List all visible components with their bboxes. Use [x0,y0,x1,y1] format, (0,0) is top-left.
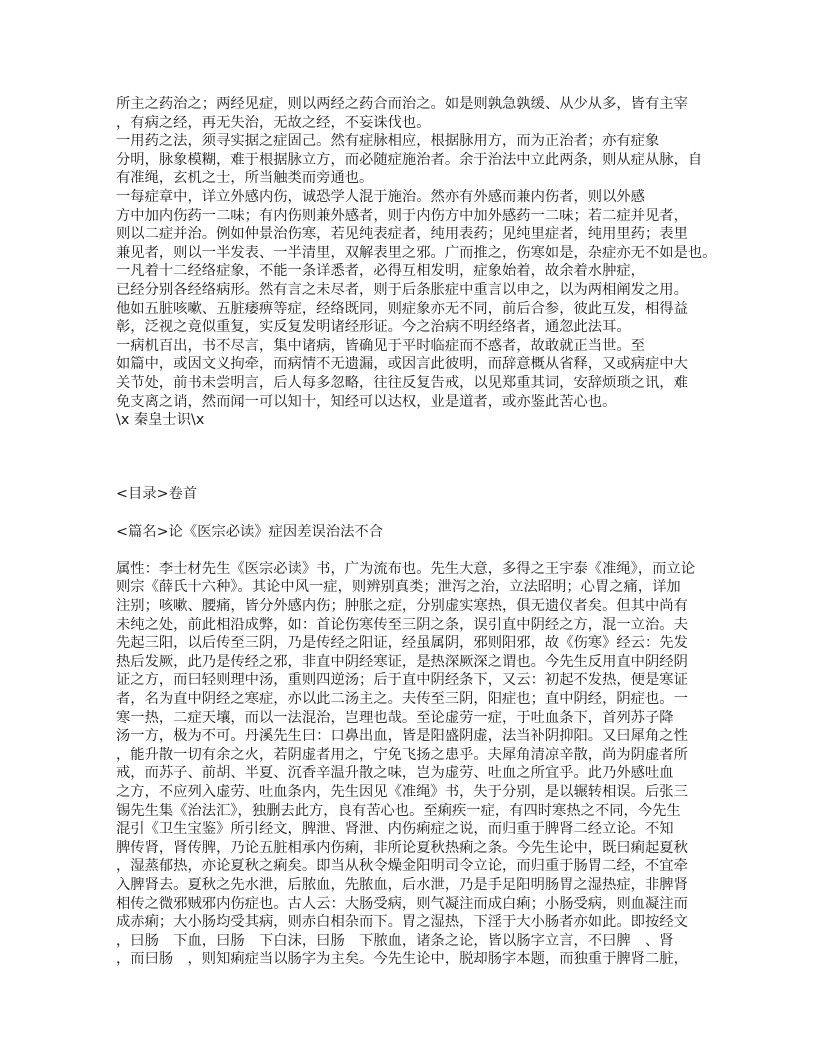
text-line: 有准绳，玄机之士，所当触类而旁通也。 [116,169,736,188]
text-line: 兼见者，则以一半发表、一半清里，双解表里之邪。广而推之，伤寒如是，杂症亦无不如是… [116,244,736,263]
text-line: 一凡着十二经络症象，不能一条详悉者，必得互相发明，症象始着，故余着水肿症， [116,262,736,281]
text-line: 一用药之法，须寻实据之症固己。然有症脉相应，根据脉用方，而为正治者；亦有症象 [116,132,736,151]
text-line: 锡先生集《治法汇》，独删去此方，良有苦心也。至痢疾一症，有四时寒热之不同，今先生 [116,802,736,821]
text-line: 已经分别各经络病形。然有言之未尽者，则于后条胀症中重言以申之，以为两相阐发之用。 [116,281,736,300]
text-line: 入脾肾去。夏秋之先水泄，后脓血，先脓血，后水泄，乃是手足阳明肠胃之湿热症，非脾肾 [116,876,736,895]
text-line: 则以二症并治。例如仲景治伤寒，若见纯表症者，纯用表药；见纯里症者，纯用里药；表里 [116,225,736,244]
text-line: 分明，脉象模糊，难于根据脉立方，而必随症施治者。余于治法中立此两条，则从症从脉，… [116,151,736,170]
page-text-block: 所主之药治之；两经见症，则以两经之药合而治之。如是则孰急孰缓、从少从多，皆有主宰… [116,95,736,969]
text-line: 寒一热，二症天壤，而以一法混治，岂理也哉。至论虚劳一症，于吐血条下，首列苏子降 [116,709,736,728]
text-line: 热后发厥，此乃是传经之邪，非直中阴经寒证，是热深厥深之谓也。今先生反用直中阴经阴 [116,653,736,672]
text-line: 则宗《薛氏十六种》。其论中风一症，则辨别真类；泄泻之治，立法昭明；心胃之痛，详加 [116,578,736,597]
text-line: 先起三阳，以后传至三阴，乃是传经之阳证，经虽属阴，邪则阳邪，故《伤寒》经云：先发 [116,634,736,653]
text-line: 者，名为直中阴经之寒症，亦以此二汤主之。夫传至三阴，阳症也；直中阴经，阴症也。一 [116,690,736,709]
text-line: 之方，不应列入虚劳、吐血条内，先生因见《准绳》书，失于分别，是以辗转相误。后张三 [116,783,736,802]
text-line: 证之方，而曰轻则理中汤，重则四逆汤；后于直中阴经条下，又云：初起不发热，便是寒证 [116,671,736,690]
text-line: 如篇中，或因文义拘牵，而病情不无遗漏，或因言此彼明，而辞意概从省释，又或病症中大 [116,355,736,374]
text-line: ，有病之经，再无失治，无故之经，不妄诛伐也。 [116,114,736,133]
text-line: ，湿蒸郁热，亦论夏秋之痢矣。即当从秋令燥金阳明司令立论，而归重于肠胃二经，不宜牵 [116,857,736,876]
text-line: 他如五脏咳嗽、五脏痿痹等症，经络既同，则症象亦无不同，前后合参，彼此互发，相得益 [116,300,736,319]
text-line: 戒，而苏子、前胡、半夏、沉香辛温升散之味，岂为虚劳、吐血之所宜乎。此乃外感吐血 [116,764,736,783]
text-line: 属性：李士材先生《医宗必读》书，广为流布也。先生大意，多得之王宇泰《准绳》，而立… [116,560,736,579]
text-line: 关节处，前书未尝明言，后人每多忽略，往往反复告戒，以见郑重其词，安辞烦琐之讯，难 [116,374,736,393]
text-line: 脾传肾，肾传脾，乃论五脏相承内伤痢，非所论夏秋热痢之条。今先生论中，既曰痢起夏秋 [116,839,736,858]
document-page: 所主之药治之；两经见症，则以两经之药合而治之。如是则孰急孰缓、从少从多，皆有主宰… [0,0,816,1056]
text-line: 彰，泛视之竟似重复，实反复发明诸经形证。今之治病不明经络者，通忽此法耳。 [116,318,736,337]
text-line: ，而曰肠 ，则知痢症当以肠字为主矣。今先生论中，脱却肠字本题，而独重于脾肾二脏， [116,950,736,969]
text-line: 一每症章中，详立外感内伤，诚恐学人混于施治。然亦有外感而兼内伤者，则以外感 [116,188,736,207]
text-line: ，曰肠 下血，曰肠 下白沫，曰肠 下脓血，诸条之论，皆以肠字立言，不曰脾 、肾 [116,932,736,951]
text-line: 成赤痢；大小肠均受其病，则赤白相杂而下。胃之湿热，下淫于大小肠者亦如此。即按经文 [116,913,736,932]
text-line: 注别；咳嗽、腰痛，皆分外感内伤；肿胀之症，分别虚实寒热，俱无遗仪者矣。但其中尚有 [116,597,736,616]
text-line: 相传之微邪贼邪内伤症也。古人云：大肠受病，则气凝注而成白痢；小肠受病，则血凝注而 [116,895,736,914]
text-line: 未纯之处，前此相沿成弊，如：首论伤寒传至三阴之条，误引直中阴经之方，混一立治。夫 [116,616,736,635]
toc-marker-line: <目录>卷首 [116,485,736,504]
text-line: 混引《卫生宝鉴》所引经文，脾泄、肾泄、内伤痢症之说，而归重于脾肾二经立论。不知 [116,820,736,839]
text-line: ，能升散一切有余之火，若阴虚者用之，宁免飞扬之患乎。夫犀角清凉辛散，尚为阴虚者所 [116,746,736,765]
text-line: 一病机百出，书不尽言，集中诸病，皆确见于平时临症而不惑者，故敢就正当世。至 [116,337,736,356]
preface-paragraph: 所主之药治之；两经见症，则以两经之药合而治之。如是则孰急孰缓、从少从多，皆有主宰… [116,95,736,411]
text-line: 所主之药治之；两经见症，则以两经之药合而治之。如是则孰急孰缓、从少从多，皆有主宰 [116,95,736,114]
text-line: 免支离之诮，然而闻一可以知十，知经可以达权，业是道者，或亦鉴此苦心也。 [116,393,736,412]
body-paragraph: 属性：李士材先生《医宗必读》书，广为流布也。先生大意，多得之王宇泰《准绳》，而立… [116,560,736,969]
text-line: 汤一方，极为不可。丹溪先生曰：口鼻出血，皆是阳盛阴虚，法当补阴抑阳。又曰犀角之性 [116,727,736,746]
text-line: 方中加内伤药一二味；有内伤则兼外感者，则于内伤方中加外感药一二味；若二症并见者， [116,207,736,226]
author-signature-line: \x 秦皇士识\x [116,411,736,430]
chapter-title-line: <篇名>论《医宗必读》症因差误治法不合 [116,523,736,542]
